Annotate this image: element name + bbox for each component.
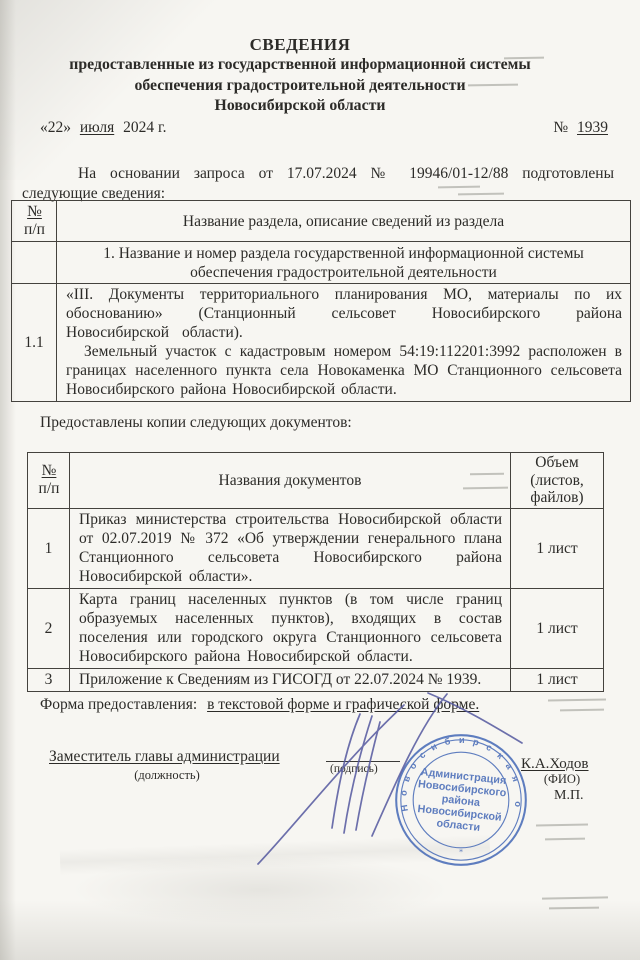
num-header-line1: № [42,462,57,480]
table-row-name: Приказ министерства строительства Новоси… [69,508,510,588]
document-name-text: Карта границ населенных пунктов (в том ч… [79,590,502,666]
intro-line-1: На основании запроса от 17.07.2024 № 199… [22,164,614,184]
section-row-paragraph-2: Земельный участок с кадастровым номером … [66,342,622,399]
num-header-line1: № [27,203,42,221]
paper-edge-shadow [0,0,16,960]
table-row-num: 2 [28,588,69,668]
documents-table-name-header: Названия документов [69,453,510,508]
section-row-paragraph-1: «III. Документы территориального планиро… [66,285,622,342]
date-day: «22» [40,119,71,137]
documents-intro: Предоставлены копии следующих документов… [40,414,352,432]
sections-table-num-header: № п/п [12,201,56,241]
table-row-volume: 1 лист [510,588,603,668]
date-year: 2024 г. [123,119,166,137]
num-header-line2: п/п [39,480,60,498]
num-header-line2: п/п [24,221,45,239]
number-sign: № [553,119,568,136]
table-row-num: 1.1 [12,283,56,401]
documents-table: № п/п Названия документов Объем (листов,… [27,452,604,692]
subtitle-line-3: Новосибирской области [0,96,600,117]
sections-table: № п/п Название раздела, описание сведени… [11,200,631,402]
section-row-content: «III. Документы территориального планиро… [56,283,630,401]
number-value: 1939 [577,119,608,136]
document-date: «22» июля 2024 г. [40,119,610,137]
documents-table-num-header: № п/п [28,453,69,508]
table-row-num-empty [12,241,56,283]
date-month: июля [80,119,114,137]
intro-paragraph: На основании запроса от 17.07.2024 № 199… [22,164,614,203]
document-header: СВЕДЕНИЯ предоставленные из государствен… [0,34,600,117]
table-row-volume: 1 лист [510,508,603,588]
signature-strokes [258,693,522,864]
document-name-text: Приказ министерства строительства Новоси… [79,510,502,586]
section-group-title: 1. Название и номер раздела государствен… [56,241,630,283]
page-title: СВЕДЕНИЯ [0,34,600,55]
sections-table-title-header: Название раздела, описание сведений из р… [56,201,630,241]
subtitle-line-2: обеспечения градостроительной деятельнос… [0,76,600,97]
table-row-name: Карта границ населенных пунктов (в том ч… [69,588,510,668]
scanned-document-page: СВЕДЕНИЯ предоставленные из государствен… [0,0,640,960]
form-label: Форма предоставления: [40,696,197,713]
document-number: № 1939 [553,119,608,137]
documents-table-volume-header: Объем (листов, файлов) [510,453,603,508]
handwritten-signature [240,675,640,890]
date-number-row: «22» июля 2024 г. № 1939 [40,119,610,137]
table-row-num: 3 [28,668,69,691]
table-row-num: 1 [28,508,69,588]
